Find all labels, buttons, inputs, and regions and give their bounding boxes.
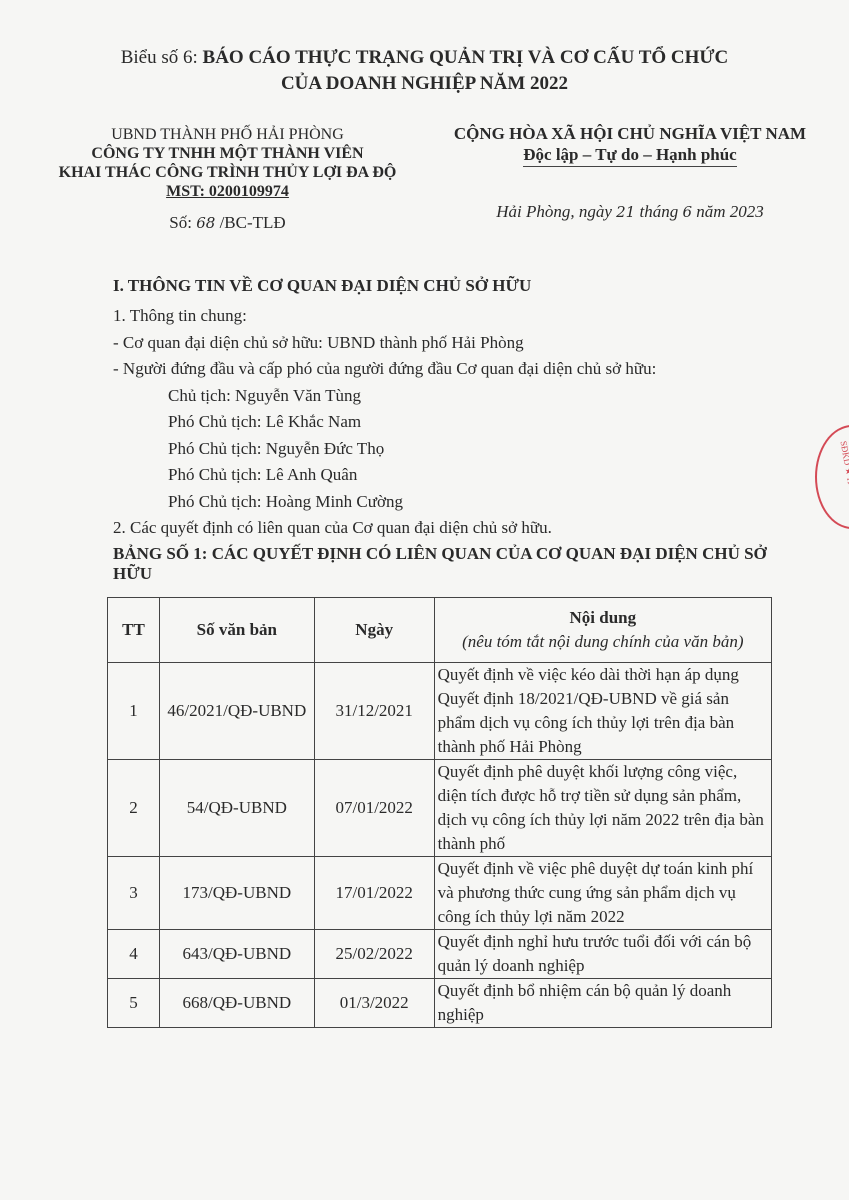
- section-owner-info: I. THÔNG TIN VỀ CƠ QUAN ĐẠI DIỆN CHỦ SỞ …: [113, 275, 783, 542]
- row-date: 07/01/2022: [314, 760, 434, 857]
- issue-date: Hải Phòng, ngày 21 tháng 6 năm 2023: [425, 202, 835, 222]
- handwritten-day: 21: [616, 203, 635, 221]
- section-heading: I. THÔNG TIN VỀ CƠ QUAN ĐẠI DIỆN CHỦ SỞ …: [113, 275, 783, 297]
- row-number: 46/2021/QĐ-UBND: [159, 663, 314, 760]
- company-name-line-2: KHAI THÁC CÔNG TRÌNH THỦY LỢI ĐA ĐỘ: [30, 163, 425, 182]
- table-row: 254/QĐ-UBND07/01/2022Quyết định phê duyệ…: [108, 760, 772, 857]
- table-header-row: TT Số văn bản Ngày Nội dung (nêu tóm tắt…: [108, 598, 772, 663]
- document-page: Biểu số 6: BÁO CÁO THỰC TRẠNG QUẢN TRỊ V…: [0, 0, 849, 1200]
- row-tt: 4: [108, 930, 160, 979]
- leader-item: Phó Chủ tịch: Lê Khắc Nam: [113, 409, 783, 436]
- national-motto: Độc lập – Tự do – Hạnh phúc: [523, 144, 736, 167]
- handwritten-month: 6: [682, 203, 692, 221]
- title-line-2: CỦA DOANH NGHIỆP NĂM 2022: [281, 73, 568, 94]
- row-number: 173/QĐ-UBND: [159, 857, 314, 930]
- document-number: Số: 68 /BC-TLĐ: [30, 213, 425, 233]
- form-label: Biểu số 6:: [121, 47, 198, 68]
- row-date: 25/02/2022: [314, 930, 434, 979]
- row-tt: 1: [108, 663, 160, 760]
- owner-agency: - Cơ quan đại diện chủ sở hữu: UBND thàn…: [113, 330, 783, 357]
- row-date: 17/01/2022: [314, 857, 434, 930]
- table-row: 146/2021/QĐ-UBND31/12/2021Quyết định về …: [108, 663, 772, 760]
- row-tt: 3: [108, 857, 160, 930]
- general-info-label: 1. Thông tin chung:: [113, 303, 783, 330]
- decisions-intro: 2. Các quyết định có liên quan của Cơ qu…: [113, 515, 783, 542]
- leader-item: Chủ tịch: Nguyễn Văn Tùng: [113, 383, 783, 410]
- table-row: 4643/QĐ-UBND25/02/2022Quyết định nghỉ hư…: [108, 930, 772, 979]
- table-row: 3173/QĐ-UBND17/01/2022Quyết định về việc…: [108, 857, 772, 930]
- decisions-table: TT Số văn bản Ngày Nội dung (nêu tóm tắt…: [107, 597, 772, 1028]
- leader-item: Phó Chủ tịch: Lê Anh Quân: [113, 462, 783, 489]
- row-number: 643/QĐ-UBND: [159, 930, 314, 979]
- leader-item: Phó Chủ tịch: Hoàng Minh Cường: [113, 489, 783, 516]
- row-number: 54/QĐ-UBND: [159, 760, 314, 857]
- table-row: 5668/QĐ-UBND01/3/2022Quyết định bổ nhiệm…: [108, 979, 772, 1028]
- national-header: CỘNG HÒA XÃ HỘI CHỦ NGHĨA VIỆT NAM Độc l…: [425, 123, 835, 167]
- company-name-line-1: CÔNG TY TNHH MỘT THÀNH VIÊN: [30, 144, 425, 163]
- tax-code: MST: 0200109974: [166, 183, 289, 200]
- header-tt: TT: [108, 598, 160, 663]
- red-stamp-partial: SĐKD ★ H: [815, 425, 849, 529]
- row-date: 01/3/2022: [314, 979, 434, 1028]
- row-content: Quyết định phê duyệt khối lượng công việ…: [434, 760, 771, 857]
- handwritten-number: 68: [196, 214, 215, 232]
- leader-item: Phó Chủ tịch: Nguyễn Đức Thọ: [113, 436, 783, 463]
- row-content: Quyết định bổ nhiệm cán bộ quản lý doanh…: [434, 979, 771, 1028]
- leaders-intro: - Người đứng đầu và cấp phó của người đứ…: [113, 356, 783, 383]
- header-number: Số văn bản: [159, 598, 314, 663]
- row-number: 668/QĐ-UBND: [159, 979, 314, 1028]
- title-line-1: BÁO CÁO THỰC TRẠNG QUẢN TRỊ VÀ CƠ CẤU TỔ…: [203, 47, 729, 68]
- issuing-authority: UBND THÀNH PHỐ HẢI PHÒNG: [30, 125, 425, 144]
- header-content-note: (nêu tóm tắt nội dung chính của văn bản): [438, 630, 768, 654]
- issuer-block: UBND THÀNH PHỐ HẢI PHÒNG CÔNG TY TNHH MỘ…: [30, 125, 425, 233]
- row-content: Quyết định về việc phê duyệt dự toán kin…: [434, 857, 771, 930]
- row-content: Quyết định nghỉ hưu trước tuổi đối với c…: [434, 930, 771, 979]
- row-content: Quyết định về việc kéo dài thời hạn áp d…: [434, 663, 771, 760]
- row-date: 31/12/2021: [314, 663, 434, 760]
- row-tt: 5: [108, 979, 160, 1028]
- row-tt: 2: [108, 760, 160, 857]
- national-name: CỘNG HÒA XÃ HỘI CHỦ NGHĨA VIỆT NAM: [425, 123, 835, 144]
- table-title: BẢNG SỐ 1: CÁC QUYẾT ĐỊNH CÓ LIÊN QUAN C…: [113, 544, 783, 584]
- document-title: Biểu số 6: BÁO CÁO THỰC TRẠNG QUẢN TRỊ V…: [0, 45, 849, 97]
- header-date: Ngày: [314, 598, 434, 663]
- header-content: Nội dung (nêu tóm tắt nội dung chính của…: [434, 598, 771, 663]
